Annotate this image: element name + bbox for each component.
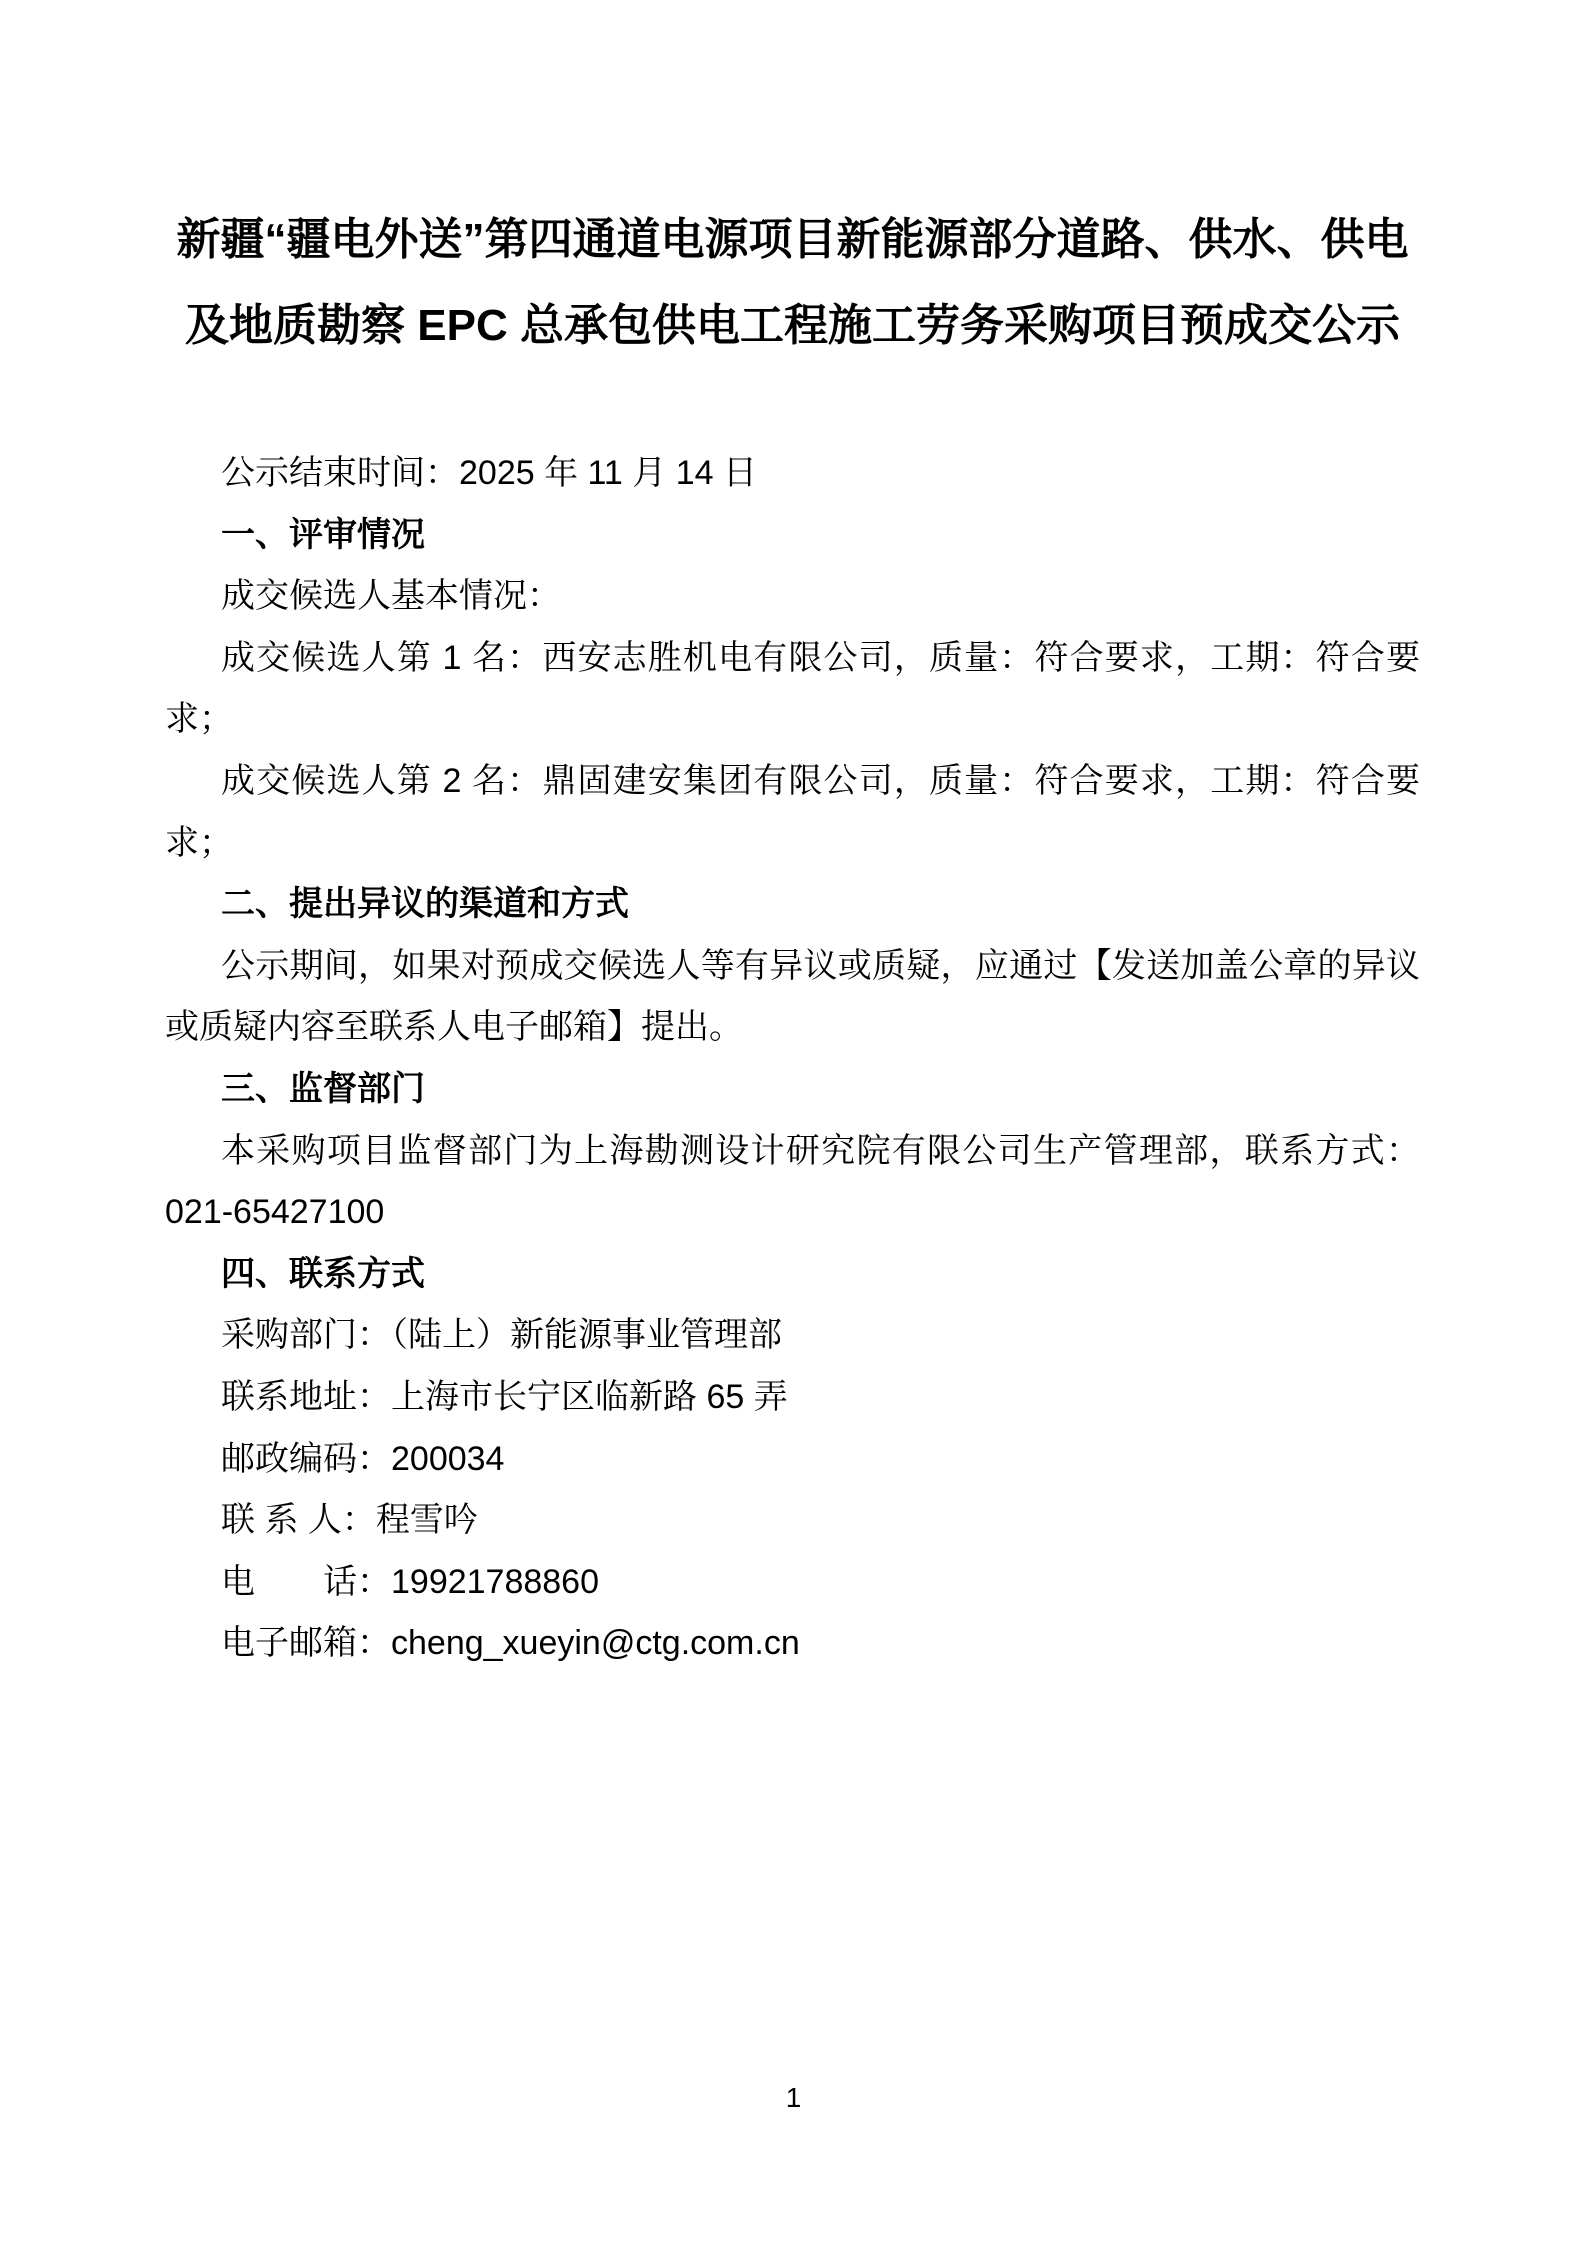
section-heading-supervision: 三、监督部门 [165,1059,1420,1121]
document-title: 新疆“疆电外送”第四通道电源项目新能源部分道路、供水、供电及地质勘察 EPC 总… [165,197,1420,369]
contact-person: 联 系 人：程雪吟 [165,1490,1420,1552]
publicity-end-time: 公示结束时间：2025 年 11 月 14 日 [165,443,1420,505]
candidate-2: 成交候选人第 2 名：鼎固建安集团有限公司，质量：符合要求，工期：符合要求； [165,751,1420,874]
candidate-1: 成交候选人第 1 名：西安志胜机电有限公司，质量：符合要求，工期：符合要求； [165,628,1420,751]
section-heading-contact: 四、联系方式 [165,1244,1420,1306]
objection-paragraph: 公示期间，如果对预成交候选人等有异议或质疑，应通过【发送加盖公章的异议或质疑内容… [165,936,1420,1059]
contact-phone: 电 话：19921788860 [165,1552,1420,1614]
supervision-phone: 021-65427100 [165,1193,384,1231]
document-content: 新疆“疆电外送”第四通道电源项目新能源部分道路、供水、供电及地质勘察 EPC 总… [165,197,1420,1675]
contact-postcode: 邮政编码：200034 [165,1429,1420,1491]
contact-department: 采购部门：（陆上）新能源事业管理部 [165,1305,1420,1367]
page-number: 1 [0,2078,1587,2118]
candidates-intro: 成交候选人基本情况： [165,566,1420,628]
section-heading-review: 一、评审情况 [165,505,1420,567]
document-page: 新疆“疆电外送”第四通道电源项目新能源部分道路、供水、供电及地质勘察 EPC 总… [0,0,1587,2245]
supervision-text: 本采购项目监督部门为上海勘测设计研究院有限公司生产管理部，联系方式： [221,1132,1420,1170]
contact-email: 电子邮箱：cheng_xueyin@ctg.com.cn [165,1613,1420,1675]
contact-address: 联系地址：上海市长宁区临新路 65 弄 [165,1367,1420,1429]
supervision-paragraph: 本采购项目监督部门为上海勘测设计研究院有限公司生产管理部，联系方式：021-65… [165,1121,1420,1244]
section-heading-objection: 二、提出异议的渠道和方式 [165,874,1420,936]
document-body: 公示结束时间：2025 年 11 月 14 日 一、评审情况 成交候选人基本情况… [165,443,1420,1675]
